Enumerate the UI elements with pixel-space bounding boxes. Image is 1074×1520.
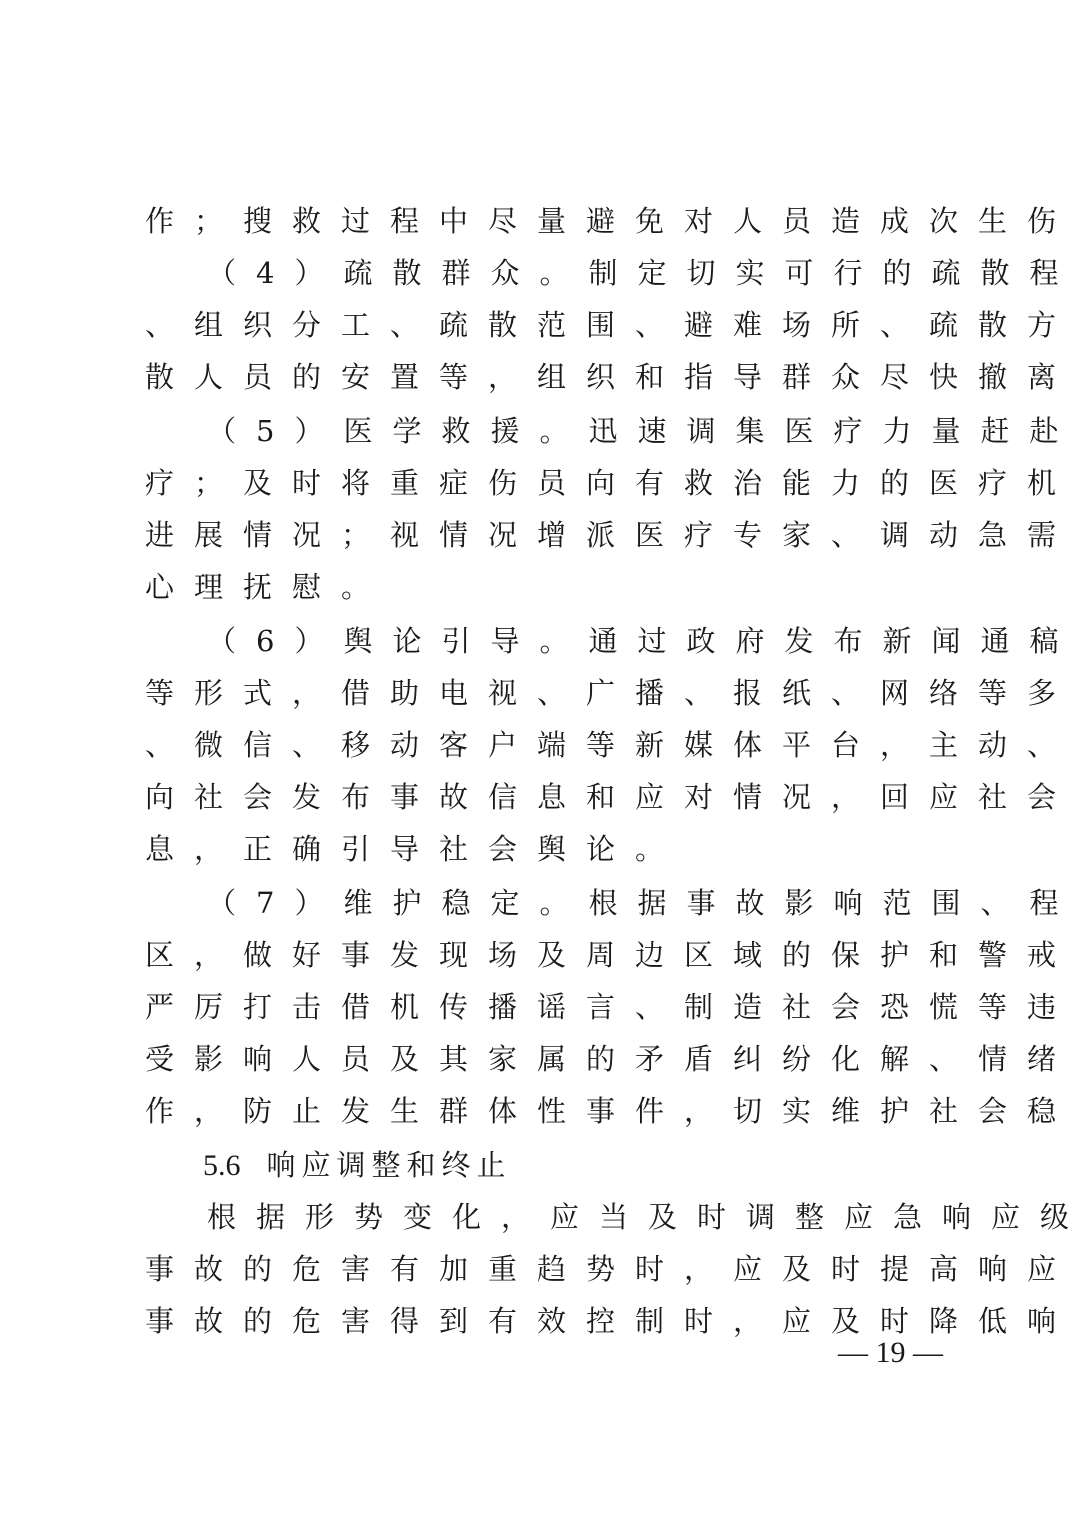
paragraph-line: 向社会发布事故信息和应对情况，回应社会关切，澄清不实信 — [145, 771, 1074, 823]
paragraph-line: 作；搜救过程中尽量避免对人员造成次生伤害。 — [145, 195, 1074, 247]
paragraph-line: 事故的危害有加重趋势时，应及时提高响应级别；当烟花爆竹 — [145, 1243, 1074, 1295]
paragraph-line: 根据形势变化，应当及时调整应急响应级别。当烟花爆竹 — [207, 1191, 1074, 1243]
paragraph-line: 进展情况；视情况增派医疗专家、调动急需药物等；做好伤员 — [145, 509, 1074, 561]
paragraph-line: （4）疏散群众。制定切实可行的疏散程序，包括指挥机构 — [207, 247, 1074, 299]
paragraph-line: 心理抚慰。 — [145, 561, 390, 613]
paragraph-line: 等形式，借助电视、广播、报纸、网络等多种途径，运用微博 — [145, 667, 1074, 719]
paragraph-line: 、组织分工、疏散范围、避难场所、疏散方式、疏散路线、疏 — [145, 299, 1074, 351]
paragraph-line: 受影响人员及其家属的矛盾纠纷化解、情绪安抚和法律服务工 — [145, 1033, 1074, 1085]
paragraph-line: 散人员的安置等，组织和指导群众尽快撤离事故威胁区域。 — [145, 351, 1074, 403]
section-number: 5.6 — [203, 1149, 241, 1182]
paragraph-line: 、微信、移动客户端等新媒体平台，主动、及时、准确、客观 — [145, 719, 1074, 771]
page-number: — 19 — — [838, 1333, 943, 1373]
section-title: 响应调整和终止 — [267, 1148, 512, 1182]
paragraph-line: （5）医学救援。迅速调集医疗力量赶赴现场，实施诊断治 — [207, 405, 1074, 457]
paragraph-line: 严厉打击借机传播谣言、制造社会恐慌等违法犯罪行为，做好 — [145, 981, 1074, 1033]
paragraph-line: （6）舆论引导。通过政府发布新闻通稿、举行新闻发布会 — [207, 615, 1074, 667]
section-heading: 5.6响应调整和终止 — [203, 1139, 512, 1191]
paragraph-line: 作，防止发生群体性事件，切实维护社会稳定。 — [145, 1085, 1074, 1137]
paragraph-line: 疗；及时将重症伤员向有救治能力的医疗机构转运，掌握救治 — [145, 457, 1074, 509]
paragraph-line: 息，正确引导社会舆论。 — [145, 823, 684, 875]
paragraph-line: （7）维护稳定。根据事故影响范围、程度等情况划定警戒 — [207, 877, 1074, 929]
paragraph-line: 区，做好事发现场及周边区域的保护和警戒，维持治安秩序。 — [145, 929, 1074, 981]
